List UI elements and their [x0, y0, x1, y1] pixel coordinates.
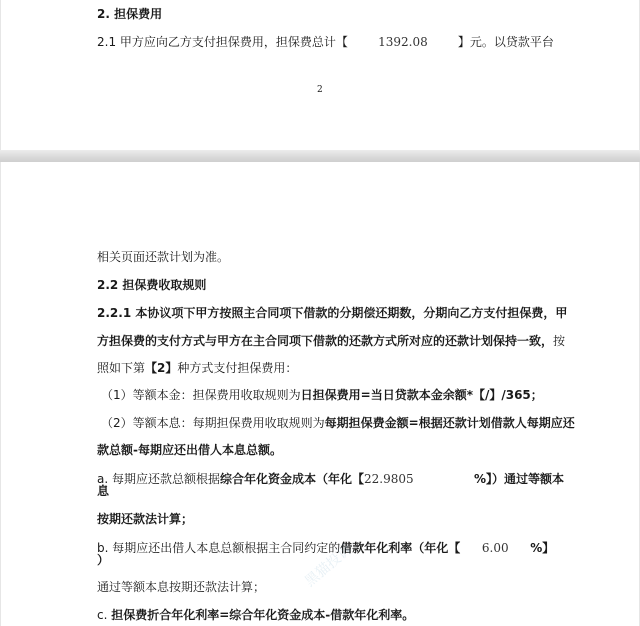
clause-2-1-suffix: 】元。以贷款平台 — [458, 35, 554, 49]
option-1-label: （1）等额本金：担保费用收取规则为 — [101, 388, 301, 402]
page-number: 2 — [317, 85, 323, 95]
clause-2-2-1-line3: 照如下第【2】种方式支付担保费用： — [97, 361, 297, 375]
clause-2-2-1-line2-bold: 方担保费的支付方式与甲方在主合同项下借款的还款方式所对应的还款计划保持一致， — [97, 334, 553, 348]
section-heading-2-2: 2.2 担保费收取规则 — [97, 278, 206, 292]
clause-2-1: 2.1 甲方应向乙方支付担保费用，担保费总计【1392.08】元。以贷款平台 — [97, 35, 554, 49]
item-c-prefix: c. — [97, 608, 111, 622]
item-a-bold: 综合年化资金成本（年化【 — [220, 472, 364, 486]
document-page-1: 2. 担保费用 2.1 甲方应向乙方支付担保费用，担保费总计【1392.08】元… — [0, 0, 640, 150]
clause-2-2-1-line1: 2.2.1 本协议项下甲方按照主合同项下借款的分期偿还期数，分期向乙方支付担保费… — [97, 306, 567, 320]
option-1-formula: 日担保费用=当日贷款本金余额*【/】/365； — [301, 388, 543, 402]
payment-method-choice: 【2】 — [145, 361, 177, 375]
option-2-equal-installment: （2）等额本息：每期担保费用收取规则为每期担保费金额=根据还款计划借款人每期应还 — [101, 416, 575, 430]
option-2-label: （2）等额本息：每期担保费用收取规则为 — [101, 416, 325, 430]
item-c: c. 担保费折合年化利率=综合年化资金成本-借款年化利率。 — [97, 608, 414, 622]
item-a-wrap: 息 — [97, 484, 109, 498]
item-b-bold: 借款年化利率（年化【 — [340, 541, 460, 555]
page-separator — [0, 150, 640, 162]
item-b-line2: 通过等额本息按期还款法计算； — [97, 580, 265, 594]
item-a-prefix: a. 每期应还款总额根据 — [97, 472, 220, 486]
item-a-suffix: %】）通过等额本 — [474, 472, 564, 486]
item-a: a. 每期应还款总额根据综合年化资金成本（年化【22.9805%】）通过等额本 … — [97, 473, 564, 497]
comprehensive-annual-rate: 22.9805 — [364, 473, 474, 485]
clause-2-2-1-line2-tail: 按 — [553, 334, 565, 348]
clause-2-2-1-line3-prefix: 照如下第 — [97, 361, 145, 375]
option-2-formula-line2: 款总额-每期应还出借人本息总额。 — [97, 443, 282, 457]
clause-2-2-1-line2: 方担保费的支付方式与甲方在主合同项下借款的还款方式所对应的还款计划保持一致，按 — [97, 334, 565, 348]
item-b-prefix: b. 每期应还出借人本息总额根据主合同约定的 — [97, 541, 340, 555]
document-page-2: 相关页面还款计划为准。 2.2 担保费收取规则 2.2.1 本协议项下甲方按照主… — [0, 162, 640, 626]
option-2-formula-line1: 每期担保费金额=根据还款计划借款人每期应还 — [325, 416, 575, 430]
item-b-wrap: ） — [97, 553, 109, 567]
item-b-suffix: %】 — [530, 541, 554, 555]
item-c-formula: 担保费折合年化利率=综合年化资金成本-借款年化利率。 — [111, 608, 414, 622]
continuation-text: 相关页面还款计划为准。 — [97, 250, 229, 264]
guarantee-fee-amount: 1392.08 — [348, 35, 458, 49]
section-heading-guarantee-fee: 2. 担保费用 — [97, 7, 162, 21]
clause-2-1-prefix: 2.1 甲方应向乙方支付担保费用，担保费总计【 — [97, 35, 348, 49]
clause-2-2-1-line3-suffix: 种方式支付担保费用： — [177, 361, 297, 375]
item-a-line2: 按期还款法计算； — [97, 512, 193, 526]
loan-annual-rate: 6.00 — [460, 542, 530, 554]
option-1-equal-principal: （1）等额本金：担保费用收取规则为日担保费用=当日贷款本金余额*【/】/365； — [101, 388, 543, 402]
